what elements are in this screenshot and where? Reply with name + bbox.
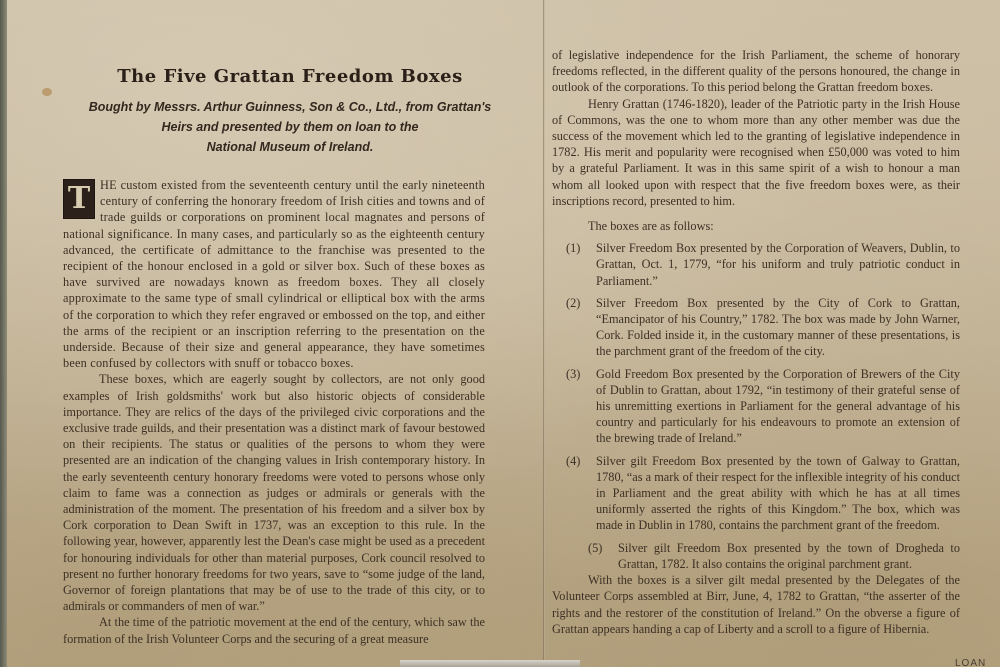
intro-paragraph: T HE custom existed from the seventeenth…: [63, 177, 485, 371]
box-number: (4): [566, 453, 580, 469]
collectors-paragraph: These boxes, which are eagerly sought by…: [63, 371, 485, 614]
box-number: (5): [588, 540, 602, 556]
box-list-item: (1) Silver Freedom Box presented by the …: [552, 240, 960, 289]
paper-stain: [42, 88, 52, 96]
left-column: T HE custom existed from the seventeenth…: [63, 177, 485, 647]
continued-paragraph: of legislative independence for the Iris…: [552, 47, 960, 96]
box-number: (1): [566, 240, 580, 256]
drop-cap: T: [63, 179, 95, 219]
box-list-item: (5) Silver gilt Freedom Box presented by…: [552, 540, 960, 572]
document-title: The Five Grattan Freedom Boxes: [100, 66, 480, 87]
box-list-item: (3) Gold Freedom Box presented by the Co…: [552, 366, 960, 447]
box-description: Silver Freedom Box presented by the City…: [596, 295, 960, 360]
intro-paragraph-text: HE custom existed from the seventeenth c…: [63, 178, 485, 370]
box-number: (3): [566, 366, 580, 382]
boxes-intro: The boxes are as follows:: [552, 218, 960, 234]
display-stand-edge: [400, 660, 580, 667]
subtitle-line: Heirs and presented by them on loan to t…: [80, 117, 500, 137]
subtitle-line: Bought by Messrs. Arthur Guinness, Son &…: [80, 97, 500, 117]
medal-paragraph: With the boxes is a silver gilt medal pr…: [552, 572, 960, 637]
box-description: Gold Freedom Box presented by the Corpor…: [596, 366, 960, 447]
right-column: of legislative independence for the Iris…: [552, 47, 960, 637]
box-description: Silver gilt Freedom Box presented by the…: [618, 540, 960, 572]
grattan-paragraph: Henry Grattan (1746-1820), leader of the…: [552, 96, 960, 209]
page-edge-shadow: [0, 0, 7, 667]
document-page: The Five Grattan Freedom Boxes Bought by…: [0, 0, 1000, 667]
box-number: (2): [566, 295, 580, 311]
box-list-item: (2) Silver Freedom Box presented by the …: [552, 295, 960, 360]
box-description: Silver Freedom Box presented by the Corp…: [596, 240, 960, 289]
box-description: Silver gilt Freedom Box presented by the…: [596, 453, 960, 534]
box-list-item: (4) Silver gilt Freedom Box presented by…: [552, 453, 960, 534]
center-fold: [543, 0, 545, 667]
corner-label-fragment: LOAN: [955, 658, 986, 667]
document-subtitle: Bought by Messrs. Arthur Guinness, Son &…: [80, 97, 500, 157]
patriotic-movement-paragraph: At the time of the patriotic movement at…: [63, 614, 485, 646]
subtitle-line: National Museum of Ireland.: [80, 137, 500, 157]
